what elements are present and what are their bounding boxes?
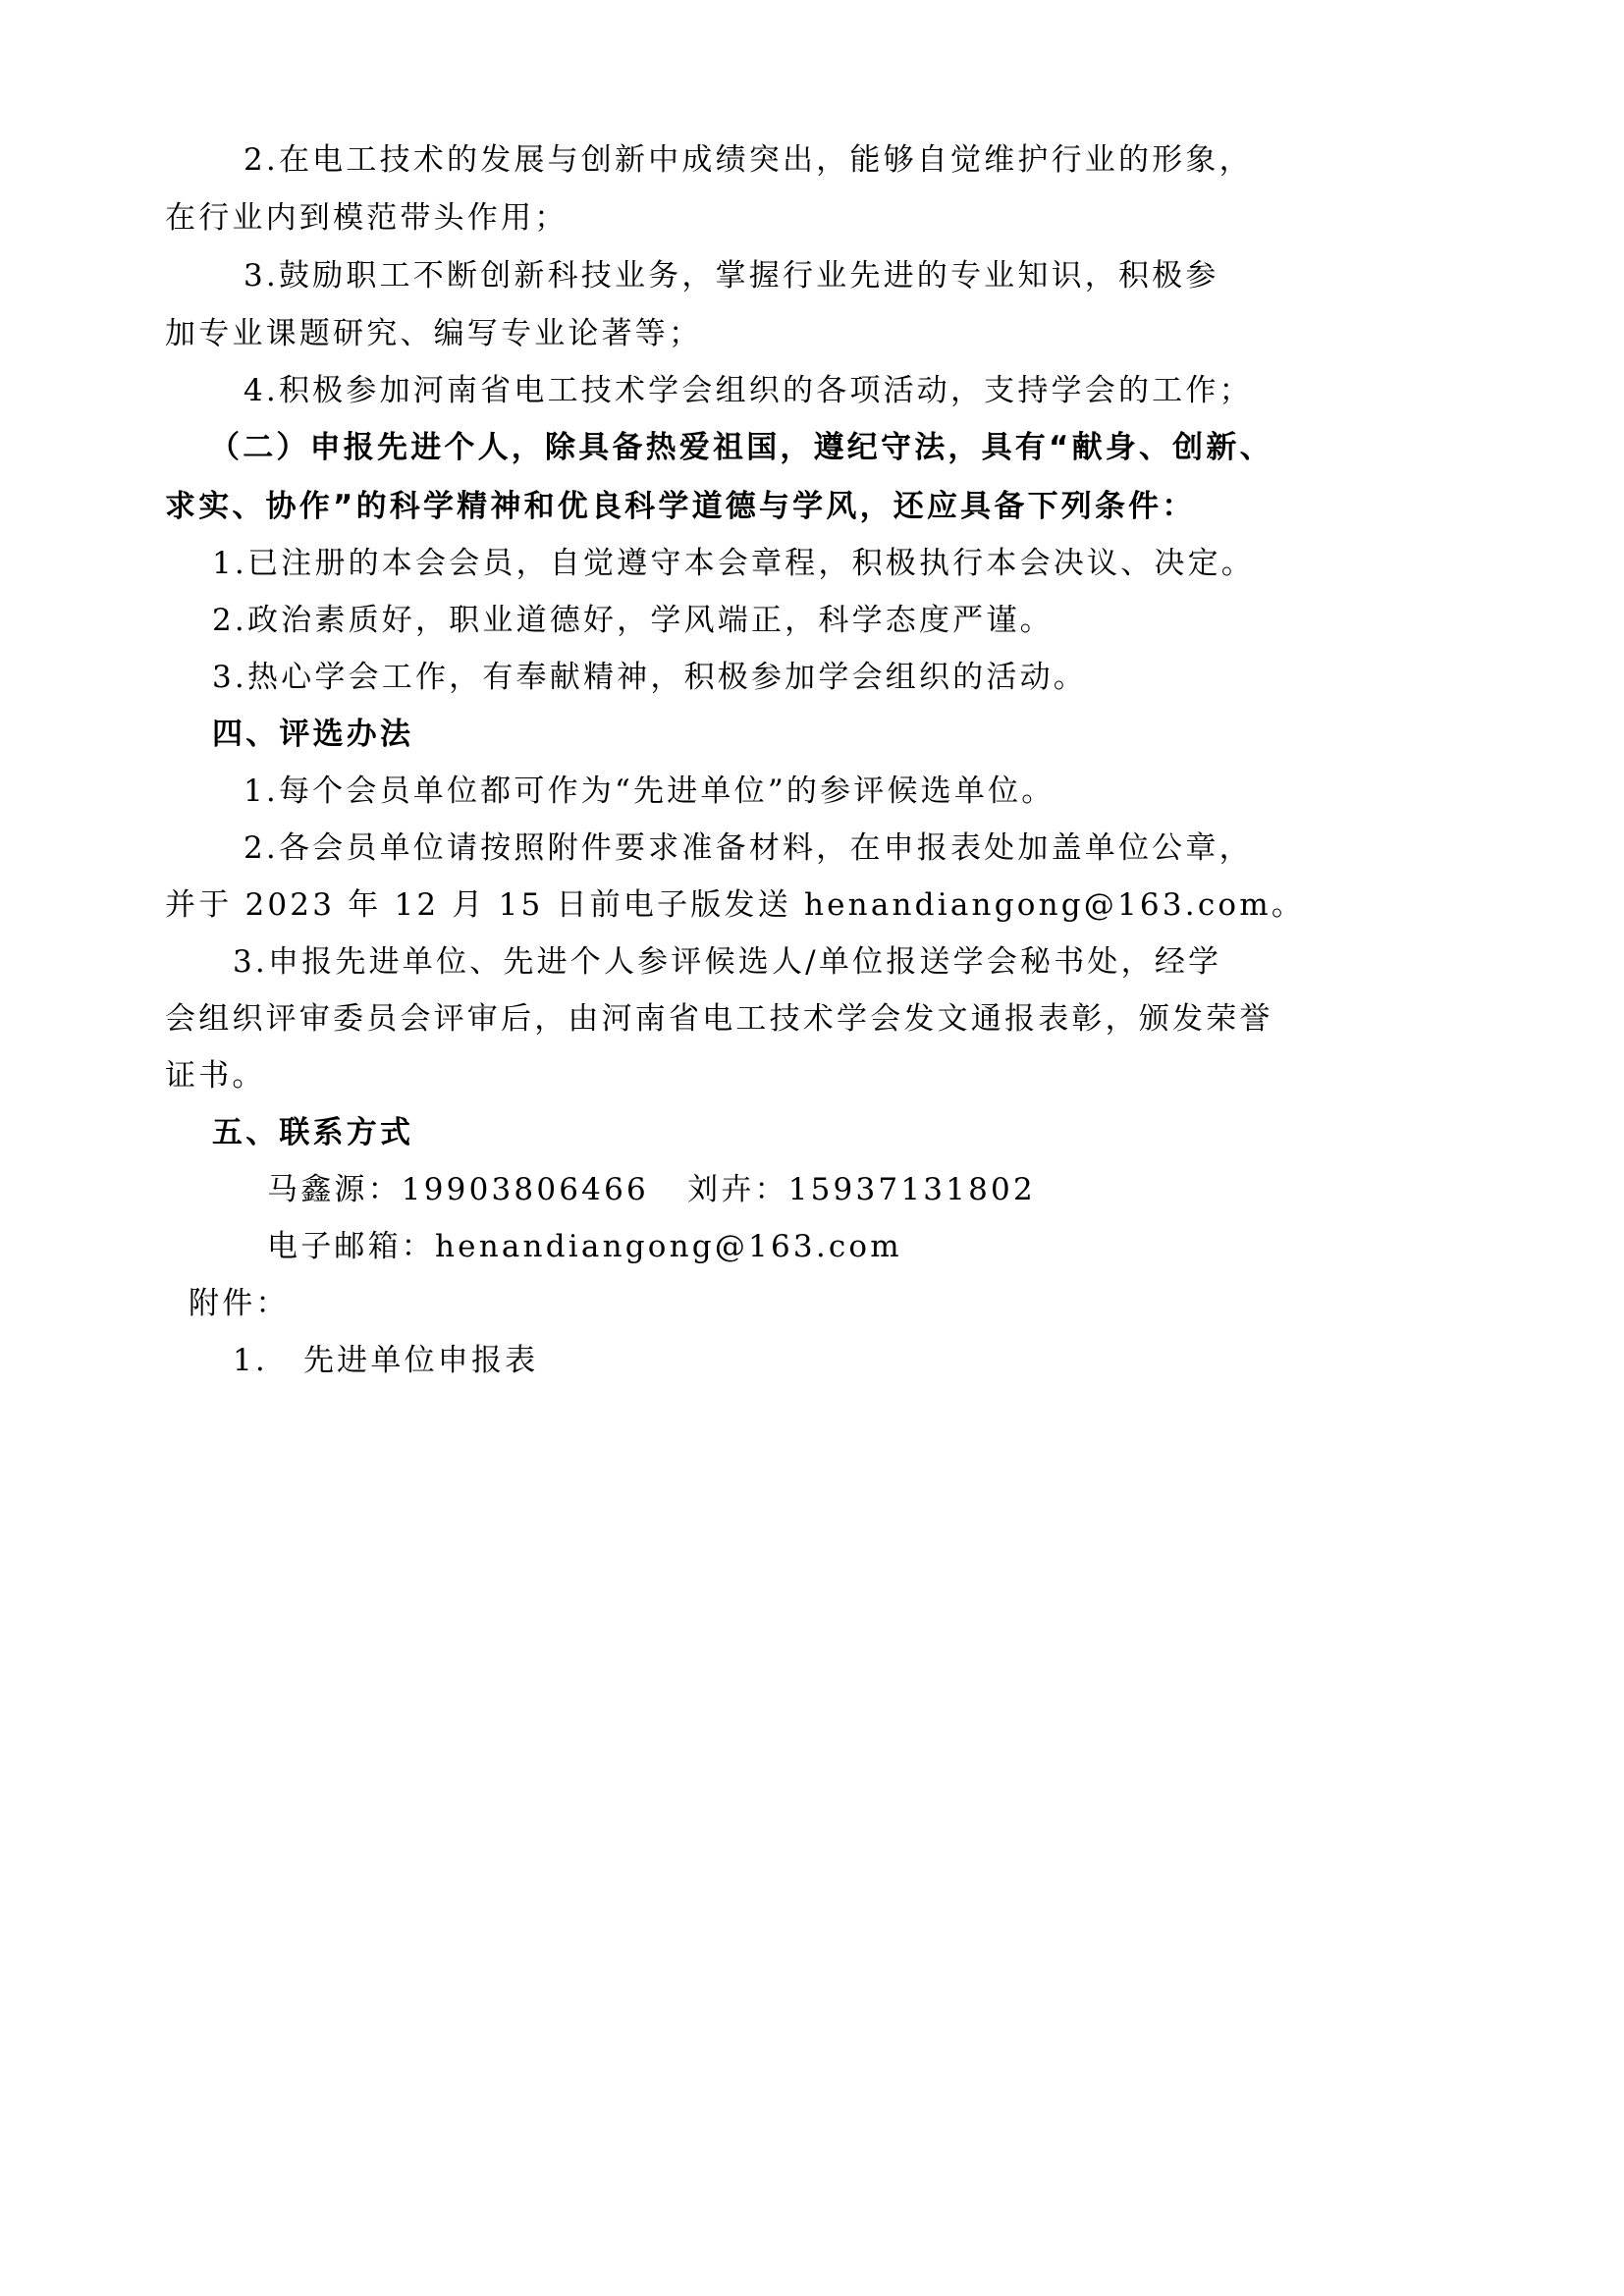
attachment-title: 先进单位申报表 xyxy=(303,1343,538,1378)
selection-method-3-line-1: 3.申报先进单位、先进个人参评候选人/单位报送学会秘书处，经学 xyxy=(233,942,1221,982)
unit-condition-4: 4.积极参加河南省电工技术学会组织的各项活动，支持学会的工作； xyxy=(244,371,1253,410)
contact-phones: 马鑫源：19903806466 刘卉：15937131802 xyxy=(267,1170,1036,1209)
selection-method-3-line-2: 会组织评审委员会评审后，由河南省电工技术学会发文通报表彰，颁发荣誉 xyxy=(165,999,1273,1039)
selection-method-1: 1.每个会员单位都可作为“先进单位”的参评候选单位。 xyxy=(244,772,1055,811)
section-4-heading: 四、评选办法 xyxy=(212,715,413,754)
unit-condition-3-line-2: 加专业课题研究、编写专业论著等； xyxy=(165,314,702,353)
individual-section-heading-line-1: （二）申报先进个人，除具备热爱祖国，遵纪守法，具有“献身、创新、 xyxy=(209,428,1273,467)
section-5-heading: 五、联系方式 xyxy=(212,1113,413,1152)
individual-condition-1: 1.已注册的本会会员，自觉遵守本会章程，积极执行本会决议、决定。 xyxy=(212,544,1255,583)
selection-method-3-line-3: 证书。 xyxy=(165,1056,266,1095)
contact-email: 电子邮箱：henandiangong@163.com xyxy=(267,1227,902,1266)
attachment-number: 1. xyxy=(233,1343,268,1378)
unit-condition-2-line-1: 2.在电工技术的发展与创新中成绩突出，能够自觉维护行业的形象， xyxy=(244,140,1253,180)
attachment-item-1[interactable]: 1.先进单位申报表 xyxy=(233,1341,538,1380)
selection-method-2-line-2: 并于 2023 年 12 月 15 日前电子版发送 henandiangong@… xyxy=(165,885,1305,925)
individual-condition-3: 3.热心学会工作，有奉献精神，积极参加学会组织的活动。 xyxy=(212,658,1087,697)
unit-condition-3-line-1: 3.鼓励职工不断创新科技业务，掌握行业先进的专业知识，积极参 xyxy=(244,256,1219,295)
attachments-label: 附件： xyxy=(189,1284,290,1323)
selection-method-2-line-1: 2.各会员单位请按照附件要求准备材料，在申报表处加盖单位公章， xyxy=(244,828,1253,868)
individual-section-heading-line-2: 求实、协作”的科学精神和优良科学道德与学风，还应具备下列条件： xyxy=(165,487,1196,526)
individual-condition-2: 2.政治素质好，职业道德好，学风端正，科学态度严谨。 xyxy=(212,601,1054,640)
unit-condition-2-line-2: 在行业内到模范带头作用； xyxy=(165,198,568,238)
document-page: 2.在电工技术的发展与创新中成绩突出，能够自觉维护行业的形象， 在行业内到模范带… xyxy=(0,0,1624,2296)
